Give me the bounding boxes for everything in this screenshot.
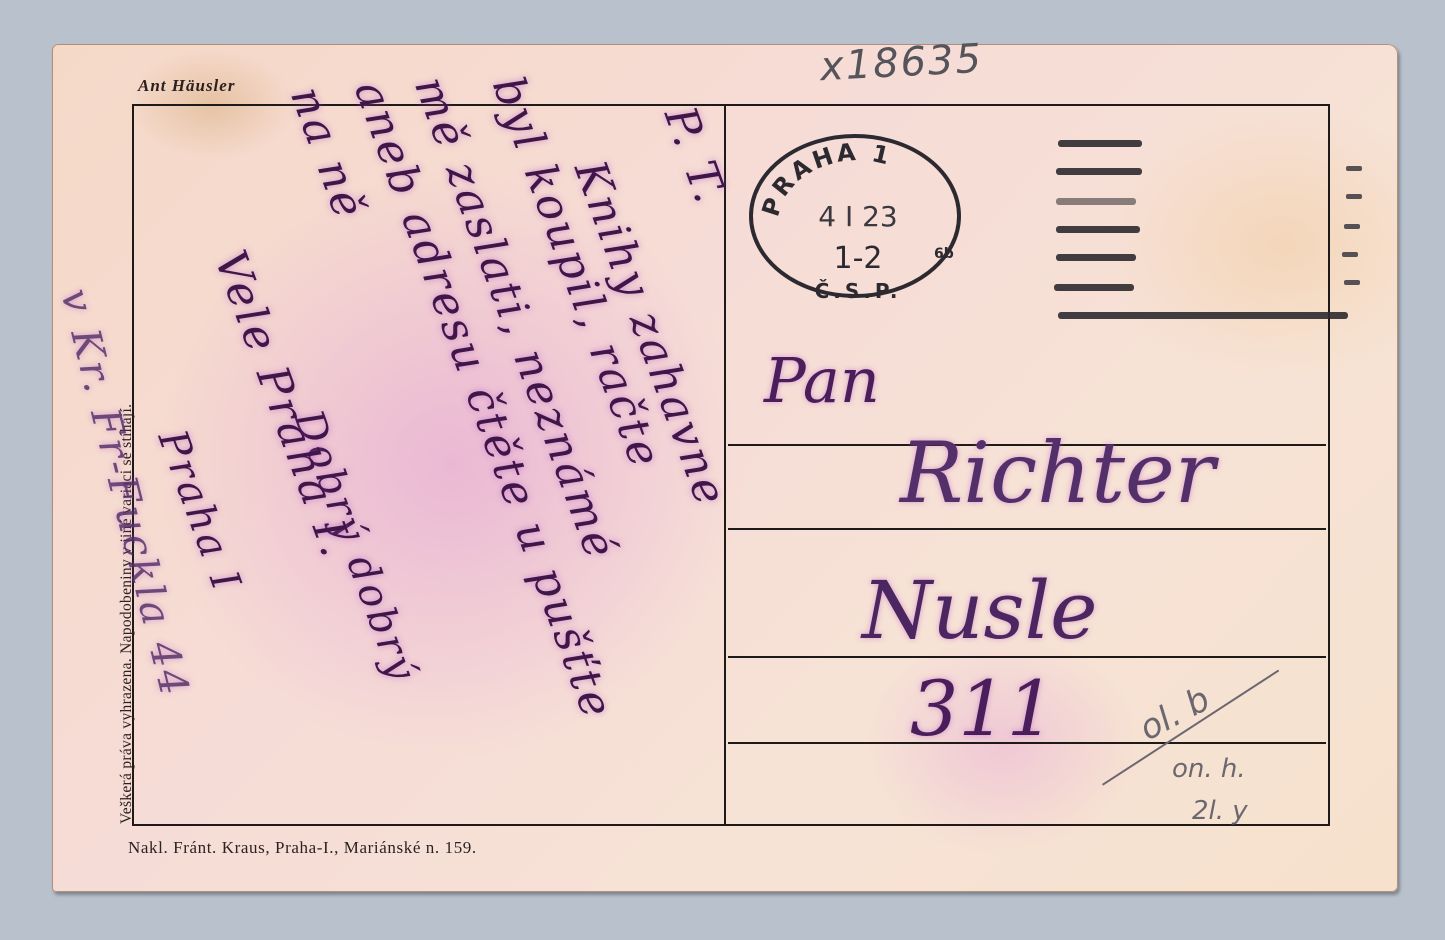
- postmark-icon: PRAHA 1 4 I 23 1-2 Č.S.P. 6b: [748, 130, 962, 300]
- cancel-tick: [1342, 252, 1358, 257]
- cancel-tick: [1344, 280, 1360, 285]
- cancel-bar: [1058, 140, 1142, 147]
- cancel-tick: [1344, 224, 1360, 229]
- postmark-bottom: Č.S.P.: [815, 279, 902, 300]
- pencil-note: 2l. y: [1192, 796, 1248, 826]
- postmark-code: 6b: [934, 246, 954, 262]
- postmark-date: 4 I 23: [818, 200, 898, 233]
- publisher-top: Ant Häusler: [138, 76, 235, 96]
- postcard: x18635 Ant Häusler Veškerá práva vyhraze…: [52, 44, 1398, 892]
- address-number: 311: [910, 664, 1055, 753]
- publisher-bottom: Nakl. Fránt. Kraus, Praha-I., Mariánské …: [128, 838, 477, 858]
- pencil-note: on. h.: [1172, 754, 1246, 784]
- cancel-bar: [1056, 198, 1136, 205]
- cancel-bar: [1058, 312, 1348, 319]
- cancel-tick: [1346, 166, 1362, 171]
- address-line: [728, 528, 1326, 530]
- cancel-bar: [1056, 226, 1140, 233]
- address-town: Nusle: [862, 564, 1098, 657]
- postmark-time: 1-2: [834, 241, 883, 276]
- cancel-bar: [1056, 168, 1142, 175]
- address-name: Richter: [900, 424, 1215, 522]
- cancel-bar: [1054, 284, 1134, 291]
- cancel-tick: [1346, 194, 1362, 199]
- cancel-bar: [1056, 254, 1136, 261]
- archive-number: x18635: [819, 36, 984, 90]
- address-salutation: Pan: [764, 344, 880, 417]
